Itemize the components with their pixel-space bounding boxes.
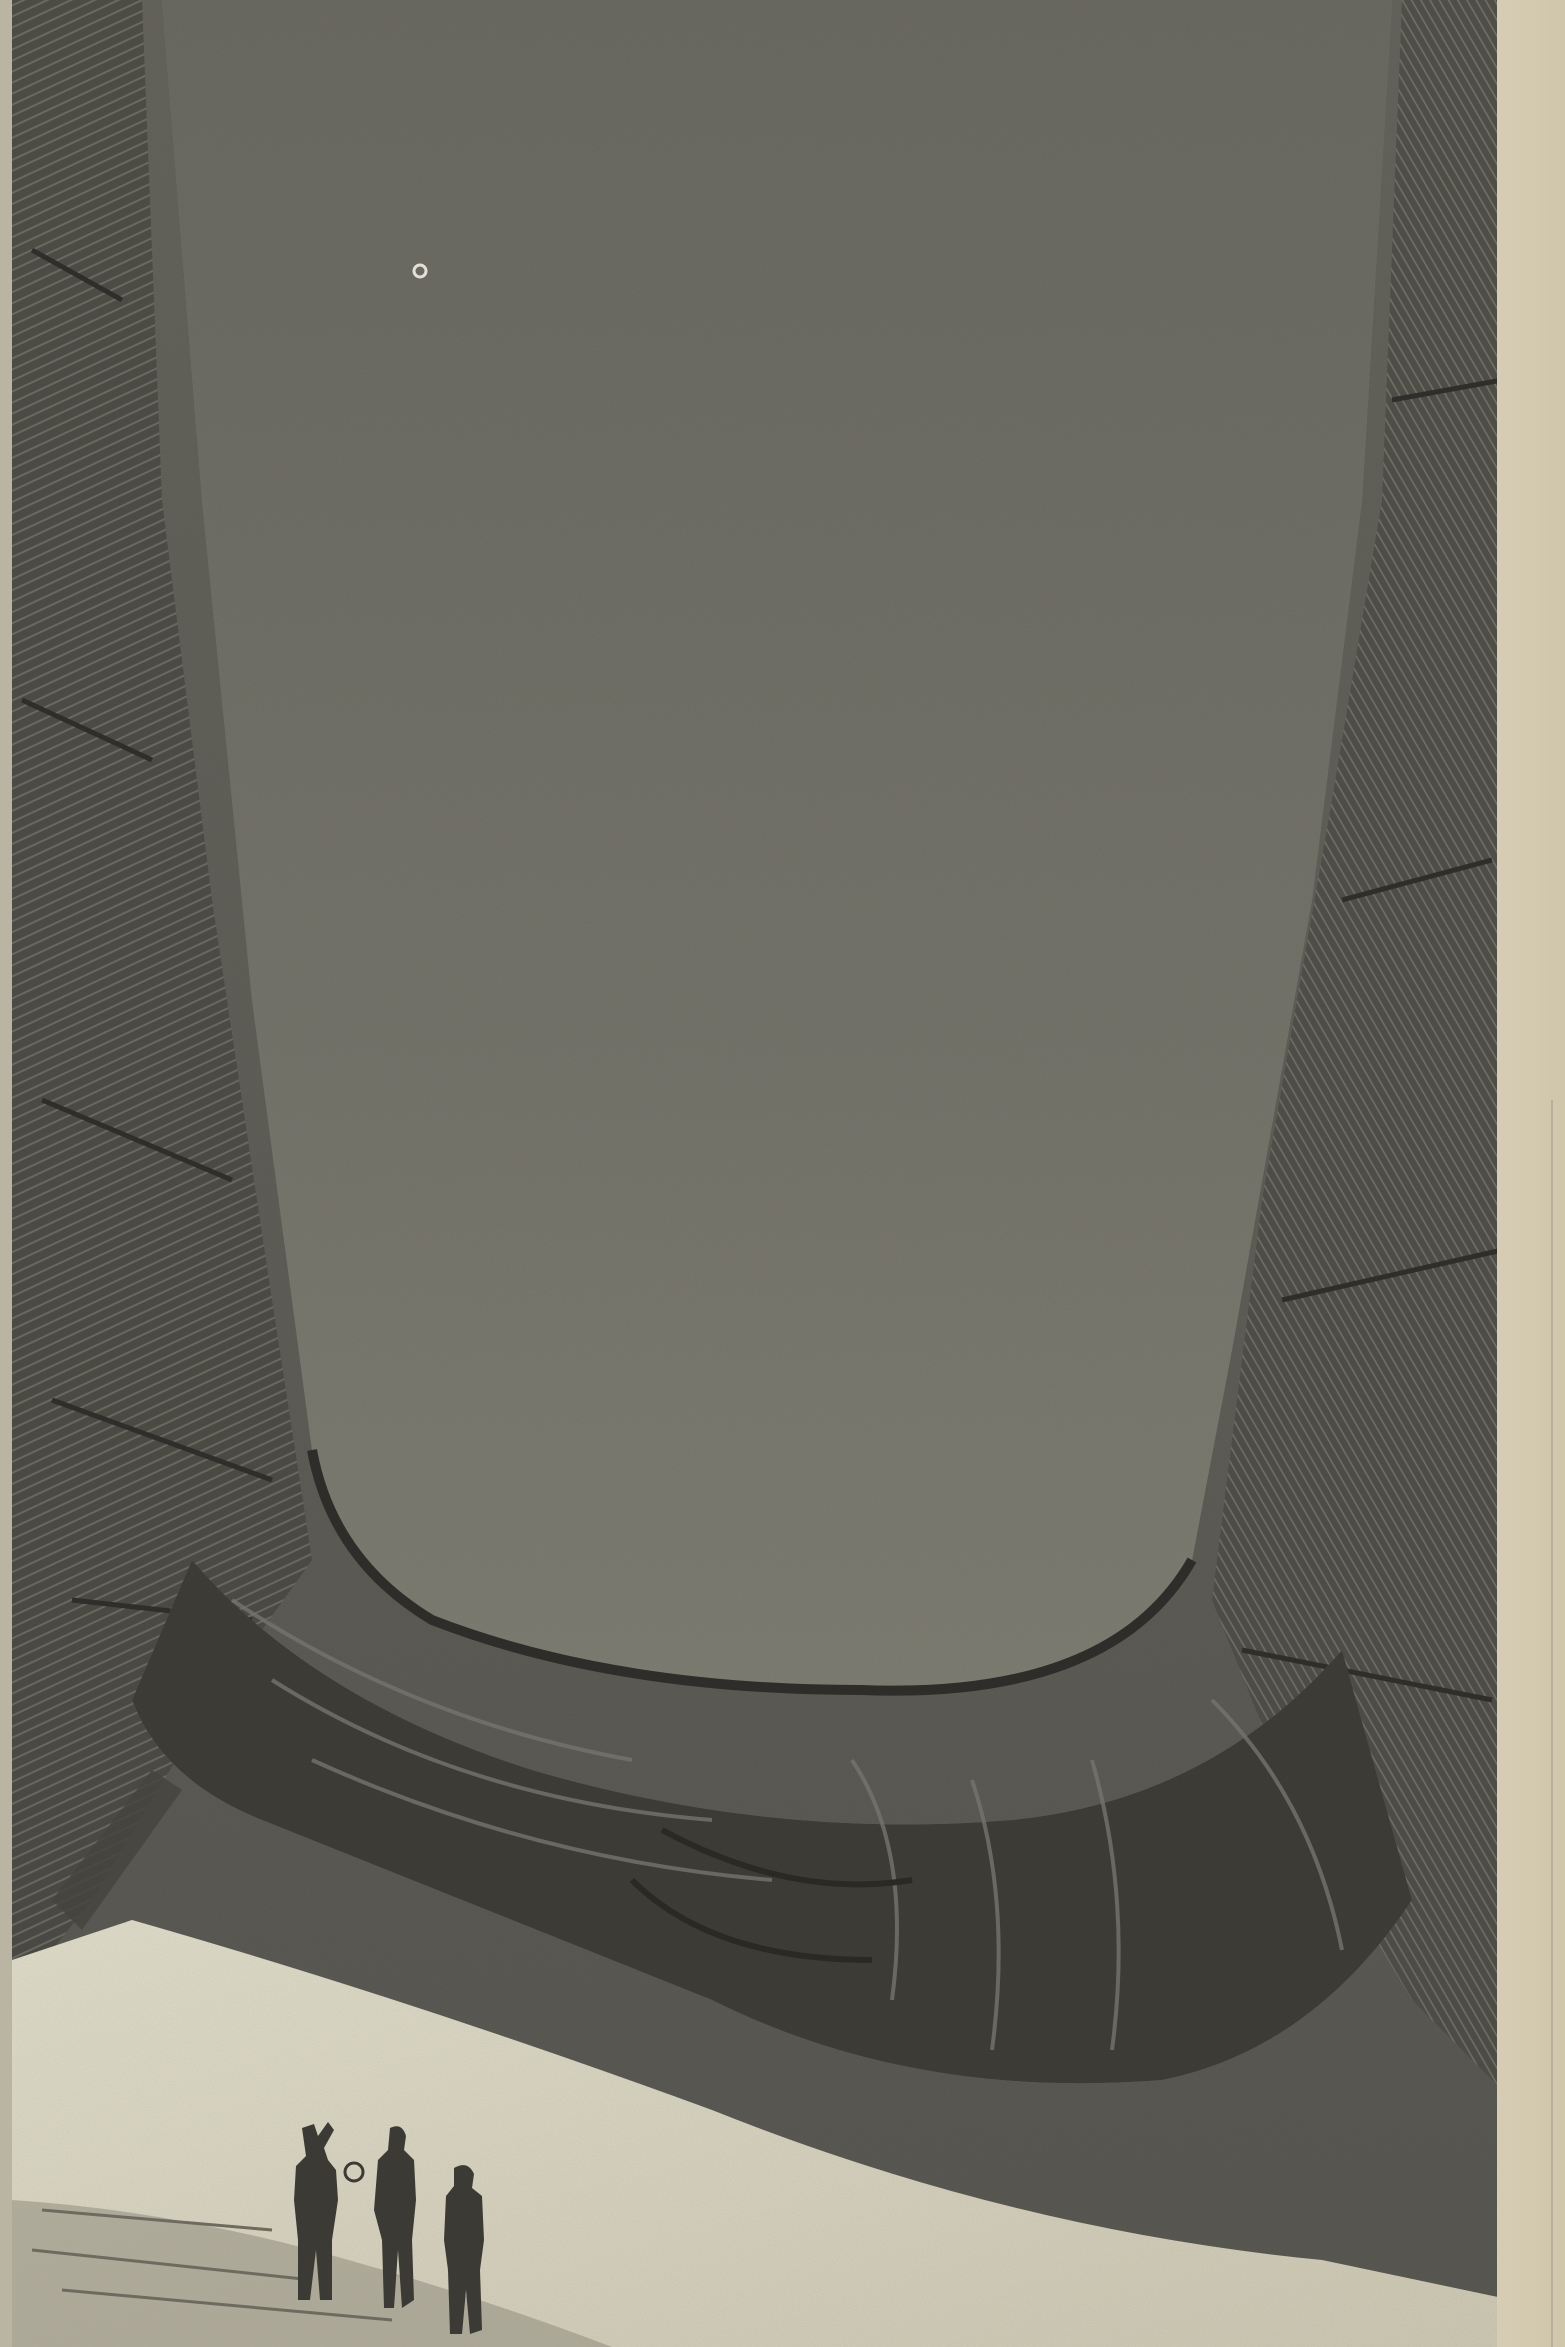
illustration-panel <box>12 0 1512 2347</box>
scene-illustration <box>12 0 1512 2347</box>
right-page-margin <box>1497 0 1565 2347</box>
hull <box>162 0 1392 1691</box>
manga-page <box>0 0 1565 2347</box>
page-edge-line <box>1551 1100 1553 2347</box>
left-page-margin <box>0 0 12 2347</box>
